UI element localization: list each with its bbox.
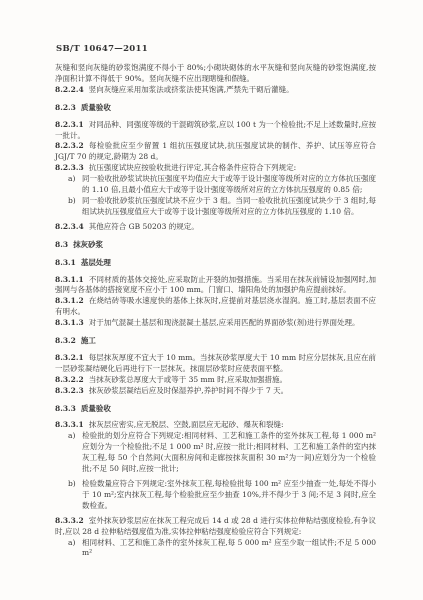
clause: 8.3.1.1不同材质的基体交接处,应采取防止开裂的加强措施。当采用在抹灰前铺设… [55, 275, 376, 297]
clause: 8.3.2.3抹灰砂浆层凝结后应及时保湿养护,养护时间不得少于 7 天。 [55, 386, 376, 397]
clause-text: 灰缝和竖向灰缝的砂浆饱满度不得小于 80%;小砌块砌体的水平灰缝和竖向灰缝的砂浆… [55, 63, 376, 83]
paragraph: 灰缝和竖向灰缝的砂浆饱满度不得小于 80%;小砌块砌体的水平灰缝和竖向灰缝的砂浆… [55, 63, 376, 85]
clause-number: 8.3.3.1 [55, 420, 84, 429]
clause-text: 质量验收 [81, 404, 111, 413]
clause-number: 8.2.3.2 [55, 141, 84, 150]
section-heading: 8.2.3质量验收 [55, 103, 376, 114]
clause-number: 8.3.2.3 [55, 386, 84, 395]
clause: 8.2.3.2每检验批应至少留置 1 组抗压强度试块,抗压强度试块的制作、养护、… [55, 141, 376, 163]
clause-number: 8.3.1 [55, 258, 76, 267]
clause-text: 室外抹灰砂浆层应在抹灰工程完成后 14 d 或 28 d 进行实体拉伸粘结强度检… [55, 516, 376, 536]
clause-text: 施工 [81, 336, 96, 345]
clause-number: 8.3.1.2 [55, 296, 84, 305]
clause-text: 每检验批应至少留置 1 组抗压强度试块,抗压强度试块的制作、养护、试压等应符合 … [55, 141, 376, 161]
clause-number: 8.2.3.3 [55, 163, 84, 172]
clause-text: 当抹灰砂浆总厚度大于或等于 35 mm 时,应采取加强措施。 [89, 375, 287, 384]
clause-text: 基层处理 [81, 258, 111, 267]
clause-text: 不同材质的基体交接处,应采取防止开裂的加强措施。当采用在抹灰前铺设加强网时,加强… [55, 275, 376, 295]
clause: 8.2.3.4其他应符合 GB 50203 的规定。 [55, 222, 376, 233]
section-heading: 8.3.3质量验收 [55, 404, 376, 415]
list-item: b)同一验收批砂浆抗压强度试块不应少于 3 组。当同一验收批抗压强度试块少于 3… [55, 196, 376, 218]
clause-number: 8.2.3 [55, 103, 76, 112]
clause: 8.3.1.3对于加气混凝土基层和现浇混凝土基层,应采用匹配的界面砂浆(剂)进行… [55, 318, 376, 329]
running-head-standard-number: SB/T 10647—2011 [56, 44, 148, 54]
clause-text: 质量验收 [81, 103, 111, 112]
clause-text: 抹灰砂浆层凝结后应及时保湿养护,养护时间不得少于 7 天。 [89, 386, 288, 395]
clause-text: 在烧结砖等吸水速度快的基体上抹灰时,应提前对基层浇水湿润。施工时,基层表面不应有… [55, 296, 376, 316]
clause-text: 同一验收批砂浆抗压强度试块不应少于 3 组。当同一验收批抗压强度试块少于 3 组… [82, 196, 376, 216]
clause: 8.3.1.2在烧结砖等吸水速度快的基体上抹灰时,应提前对基层浇水湿润。施工时,… [55, 296, 376, 318]
clause-number: 8.3.3.2 [55, 516, 84, 525]
clause-number: 8.2.3.1 [55, 120, 84, 129]
clause-number: 8.2.3.4 [55, 222, 84, 231]
clause: 8.2.2.4竖向灰缝应采用加浆法或挤浆法使其饱满,严禁先干砌后灌缝。 [55, 85, 376, 96]
clause-number: 8.3.1.3 [55, 318, 84, 327]
clause-number: 8.2.2.4 [55, 85, 84, 94]
item-marker: a) [68, 174, 82, 185]
section-heading: 8.3.1基层处理 [55, 258, 376, 269]
item-marker: b) [68, 196, 82, 207]
list-item: a)相同材料、工艺和施工条件的室外抹灰工程,每 5 000 m² 应至少取一组试… [55, 538, 376, 560]
document-page: SB/T 10647—2011 灰缝和竖向灰缝的砂浆饱满度不得小于 80%;小砌… [0, 0, 423, 600]
clause: 8.2.3.3抗压强度试块应按验收批进行评定,其合格条件应符合下列规定: [55, 163, 376, 174]
document-body: 灰缝和竖向灰缝的砂浆饱满度不得小于 80%;小砌块砌体的水平灰缝和竖向灰缝的砂浆… [55, 63, 376, 559]
clause-text: 对于加气混凝土基层和现浇混凝土基层,应采用匹配的界面砂浆(剂)进行界面处理。 [89, 318, 360, 327]
section-heading: 8.3抹灰砂浆 [55, 240, 376, 251]
list-item: a)检验批的划分应符合下列规定:相同材料、工艺和施工条件的室外抹灰工程,每 1 … [55, 431, 376, 475]
list-item: b)检验数量应符合下列规定:室外抹灰工程,每检验批每 100 m² 应至少抽查一… [55, 479, 376, 512]
item-marker: a) [68, 538, 82, 549]
clause: 8.3.2.1每层抹灰厚度不宜大于 10 mm。当抹灰砂浆厚度大于 10 mm … [55, 353, 376, 375]
clause-number: 8.3.2 [55, 336, 76, 345]
clause-text: 抹灰层应密实,应无脱层、空鼓,面层应无起砂、爆灰和裂缝: [89, 420, 284, 429]
clause: 8.3.3.1抹灰层应密实,应无脱层、空鼓,面层应无起砂、爆灰和裂缝: [55, 420, 376, 431]
clause-text: 抹灰砂浆 [73, 240, 103, 249]
clause: 8.2.3.1对同品种、同强度等级的干混砌筑砂浆,应以 100 t 为一个检验批… [55, 120, 376, 142]
clause-number: 8.3.2.2 [55, 375, 84, 384]
clause: 8.3.2.2当抹灰砂浆总厚度大于或等于 35 mm 时,应采取加强措施。 [55, 375, 376, 386]
clause-number: 8.3.2.1 [55, 353, 84, 362]
clause-number: 8.3 [55, 240, 68, 249]
item-marker: a) [68, 431, 82, 442]
item-marker: b) [68, 479, 82, 490]
clause-text: 检验批的划分应符合下列规定:相同材料、工艺和施工条件的室外抹灰工程,每 1 00… [82, 431, 376, 473]
clause: 8.3.3.2室外抹灰砂浆层应在抹灰工程完成后 14 d 或 28 d 进行实体… [55, 516, 376, 538]
clause-text: 竖向灰缝应采用加浆法或挤浆法使其饱满,严禁先干砌后灌缝。 [89, 85, 294, 94]
clause-text: 相同材料、工艺和施工条件的室外抹灰工程,每 5 000 m² 应至少取一组试件;… [82, 538, 376, 558]
clause-text: 每层抹灰厚度不宜大于 10 mm。当抹灰砂浆厚度大于 10 mm 时应分层抹灰,… [55, 353, 376, 373]
clause-text: 抗压强度试块应按验收批进行评定,其合格条件应符合下列规定: [89, 163, 296, 172]
section-heading: 8.3.2施工 [55, 336, 376, 347]
clause-text: 其他应符合 GB 50203 的规定。 [89, 222, 199, 231]
clause-text: 检验数量应符合下列规定:室外抹灰工程,每检验批每 100 m² 应至少抽查一处,… [82, 479, 376, 510]
clause-text: 对同品种、同强度等级的干混砌筑砂浆,应以 100 t 为一个检验批;不足上述数量… [55, 120, 376, 140]
clause-number: 8.3.1.1 [55, 275, 84, 284]
clause-number: 8.3.3 [55, 404, 76, 413]
list-item: a)同一验收批砂浆试块抗压强度平均值应大于或等于设计强度等级所对应的立方体抗压强… [55, 174, 376, 196]
clause-text: 同一验收批砂浆试块抗压强度平均值应大于或等于设计强度等级所对应的立方体抗压强度的… [82, 174, 376, 194]
